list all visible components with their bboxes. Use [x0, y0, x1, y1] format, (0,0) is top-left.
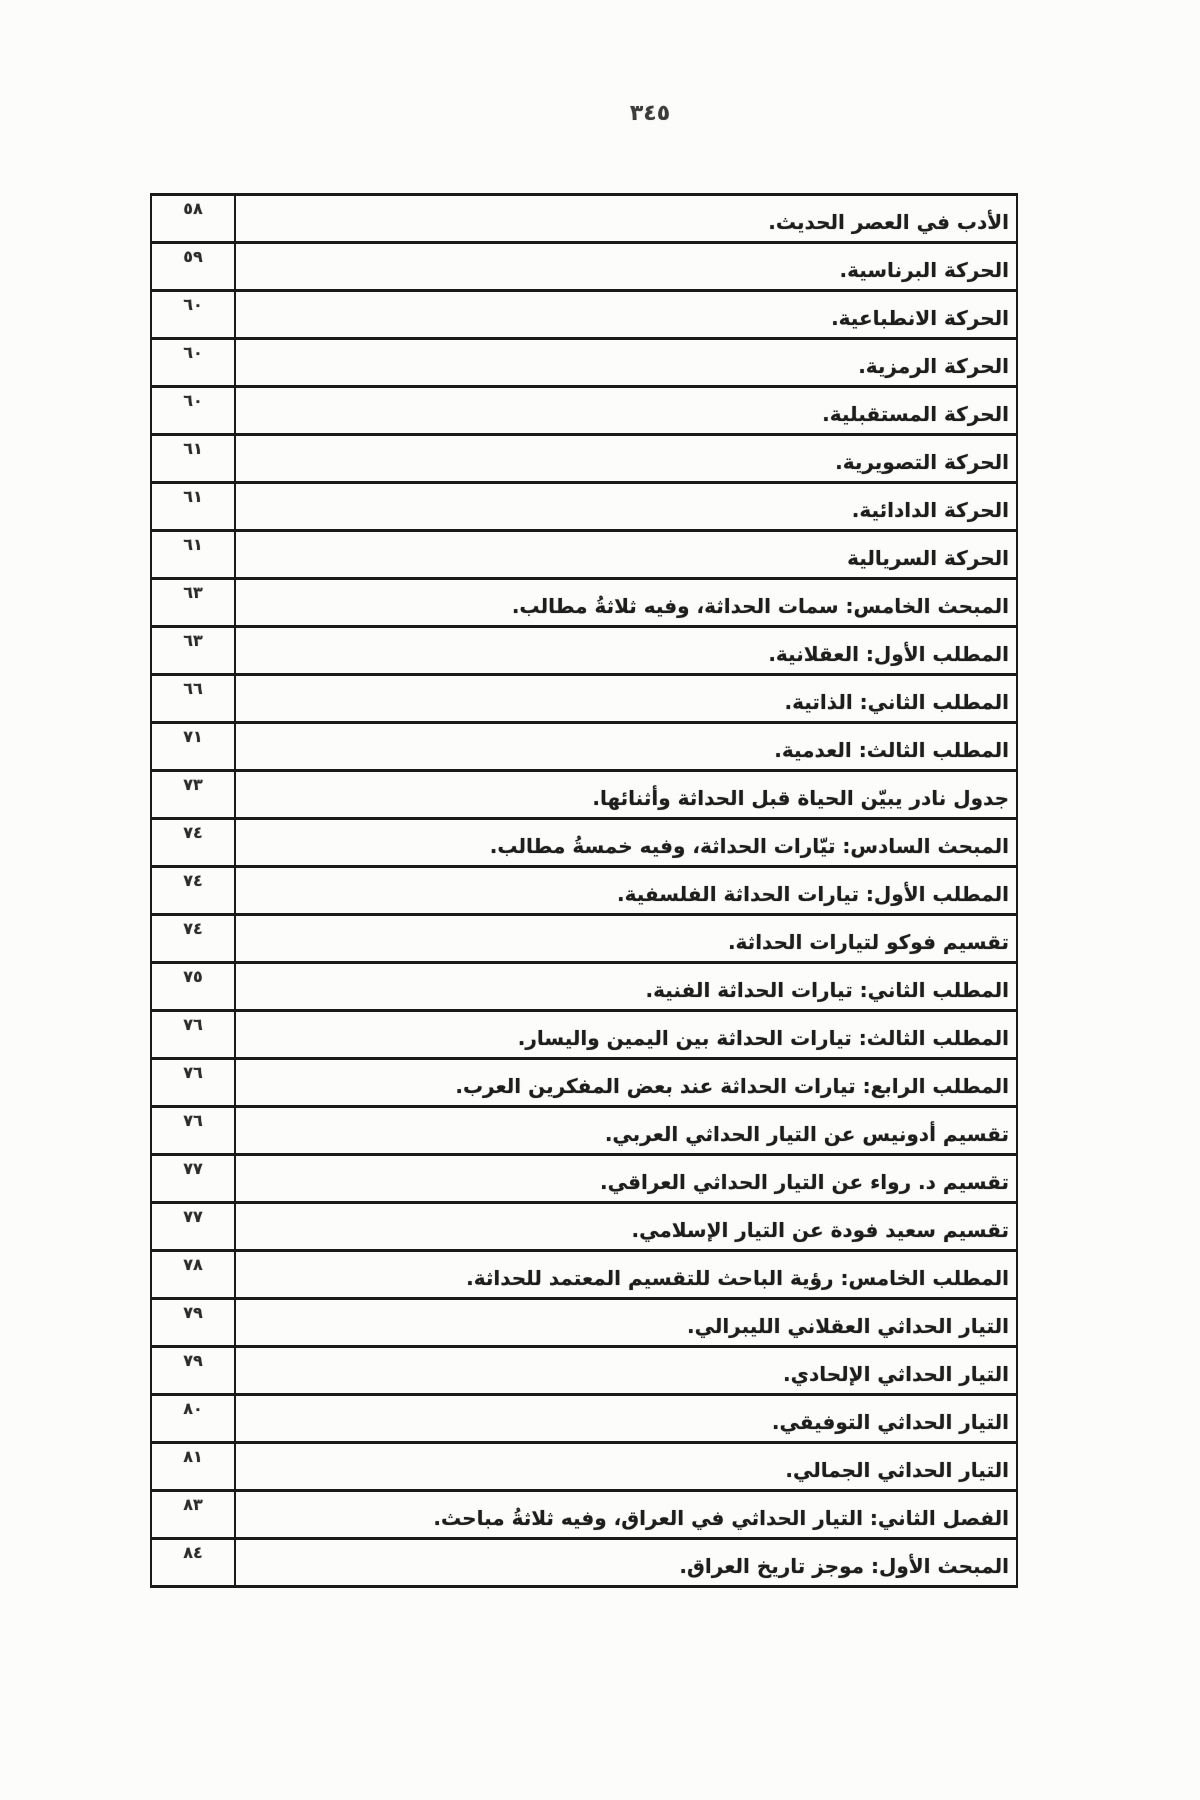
toc-entry-title: المطلب الثاني: الذاتية. [235, 675, 1017, 723]
toc-entry-title: المطلب الرابع: تيارات الحداثة عند بعض ال… [235, 1059, 1017, 1107]
table-row: تقسيم سعيد فودة عن التيار الإسلامي. ٧٧ [151, 1203, 1017, 1251]
toc-entry-page: ٦٠ [151, 339, 235, 387]
toc-entry-page: ٧٧ [151, 1155, 235, 1203]
table-row: المبحث الخامس: سمات الحداثة، وفيه ثلاثةُ… [151, 579, 1017, 627]
toc-entry-title: الأدب في العصر الحديث. [235, 195, 1017, 243]
toc-entry-page: ٧٤ [151, 867, 235, 915]
table-row: الفصل الثاني: التيار الحداثي في العراق، … [151, 1491, 1017, 1539]
table-row: المبحث الأول: موجز تاريخ العراق. ٨٤ [151, 1539, 1017, 1587]
toc-entry-page: ٧١ [151, 723, 235, 771]
toc-entry-title: الحركة الانطباعية. [235, 291, 1017, 339]
toc-entry-title: التيار الحداثي الجمالي. [235, 1443, 1017, 1491]
toc-entry-page: ٧٣ [151, 771, 235, 819]
table-row: المطلب الثالث: العدمية. ٧١ [151, 723, 1017, 771]
toc-entry-title: المبحث الخامس: سمات الحداثة، وفيه ثلاثةُ… [235, 579, 1017, 627]
table-row: التيار الحداثي التوفيقي. ٨٠ [151, 1395, 1017, 1443]
toc-entry-title: المطلب الأول: تيارات الحداثة الفلسفية. [235, 867, 1017, 915]
toc-entry-page: ٧٥ [151, 963, 235, 1011]
table-row: التيار الحداثي العقلاني الليبرالي. ٧٩ [151, 1299, 1017, 1347]
toc-entry-page: ٨٣ [151, 1491, 235, 1539]
toc-entry-page: ٦١ [151, 531, 235, 579]
toc-body: الأدب في العصر الحديث. ٥٨ الحركة البرناس… [151, 195, 1017, 1587]
document-page: ٣٤٥ الأدب في العصر الحديث. ٥٨ الحركة الب… [0, 0, 1200, 1800]
toc-entry-title: المطلب الخامس: رؤية الباحث للتقسيم المعت… [235, 1251, 1017, 1299]
toc-entry-page: ٦٣ [151, 579, 235, 627]
toc-entry-page: ٦١ [151, 483, 235, 531]
toc-entry-page: ٧٤ [151, 915, 235, 963]
table-row: الحركة السريالية ٦١ [151, 531, 1017, 579]
page-number: ٣٤٥ [588, 101, 712, 126]
table-row: تقسيم أدونيس عن التيار الحداثي العربي. ٧… [151, 1107, 1017, 1155]
toc-entry-title: الحركة التصويرية. [235, 435, 1017, 483]
table-row: الحركة الدادائية. ٦١ [151, 483, 1017, 531]
toc-entry-title: الحركة المستقبلية. [235, 387, 1017, 435]
table-row: المطلب الثاني: تيارات الحداثة الفنية. ٧٥ [151, 963, 1017, 1011]
table-row: الحركة التصويرية. ٦١ [151, 435, 1017, 483]
toc-entry-title: المطلب الثالث: تيارات الحداثة بين اليمين… [235, 1011, 1017, 1059]
table-row: المطلب الخامس: رؤية الباحث للتقسيم المعت… [151, 1251, 1017, 1299]
table-row: الحركة الانطباعية. ٦٠ [151, 291, 1017, 339]
toc-entry-page: ٧٧ [151, 1203, 235, 1251]
toc-entry-title: التيار الحداثي الإلحادي. [235, 1347, 1017, 1395]
table-row: التيار الحداثي الإلحادي. ٧٩ [151, 1347, 1017, 1395]
table-row: تقسيم د. رواء عن التيار الحداثي العراقي.… [151, 1155, 1017, 1203]
toc-entry-title: جدول نادر يبيّن الحياة قبل الحداثة وأثنا… [235, 771, 1017, 819]
toc-entry-page: ٧٦ [151, 1059, 235, 1107]
toc-entry-title: الحركة الدادائية. [235, 483, 1017, 531]
toc-entry-page: ٦٠ [151, 387, 235, 435]
table-row: المطلب الثالث: تيارات الحداثة بين اليمين… [151, 1011, 1017, 1059]
toc-entry-page: ٥٨ [151, 195, 235, 243]
toc-entry-page: ٥٩ [151, 243, 235, 291]
table-row: التيار الحداثي الجمالي. ٨١ [151, 1443, 1017, 1491]
toc-entry-page: ٧٩ [151, 1347, 235, 1395]
table-row: الحركة المستقبلية. ٦٠ [151, 387, 1017, 435]
table-row: جدول نادر يبيّن الحياة قبل الحداثة وأثنا… [151, 771, 1017, 819]
table-row: الأدب في العصر الحديث. ٥٨ [151, 195, 1017, 243]
toc-entry-page: ٦٣ [151, 627, 235, 675]
toc-entry-title: الحركة البرناسية. [235, 243, 1017, 291]
toc-entry-title: المبحث السادس: تيّارات الحداثة، وفيه خمس… [235, 819, 1017, 867]
table-row: الحركة البرناسية. ٥٩ [151, 243, 1017, 291]
toc-entry-title: المطلب الثاني: تيارات الحداثة الفنية. [235, 963, 1017, 1011]
toc-entry-page: ٧٤ [151, 819, 235, 867]
toc-entry-page: ٧٦ [151, 1107, 235, 1155]
toc-entry-title: الحركة السريالية [235, 531, 1017, 579]
toc-entry-title: تقسيم أدونيس عن التيار الحداثي العربي. [235, 1107, 1017, 1155]
toc-entry-title: التيار الحداثي التوفيقي. [235, 1395, 1017, 1443]
toc-table: الأدب في العصر الحديث. ٥٨ الحركة البرناس… [150, 193, 1018, 1588]
toc-entry-page: ٨٠ [151, 1395, 235, 1443]
toc-entry-page: ٦٠ [151, 291, 235, 339]
toc-entry-title: الفصل الثاني: التيار الحداثي في العراق، … [235, 1491, 1017, 1539]
toc-entry-title: المطلب الأول: العقلانية. [235, 627, 1017, 675]
toc-entry-page: ٦١ [151, 435, 235, 483]
toc-entry-page: ٨١ [151, 1443, 235, 1491]
toc-entry-title: تقسيم د. رواء عن التيار الحداثي العراقي. [235, 1155, 1017, 1203]
table-row: المطلب الأول: تيارات الحداثة الفلسفية. ٧… [151, 867, 1017, 915]
table-row: المطلب الرابع: تيارات الحداثة عند بعض ال… [151, 1059, 1017, 1107]
toc-entry-page: ٧٦ [151, 1011, 235, 1059]
toc-entry-page: ٧٨ [151, 1251, 235, 1299]
table-row: المطلب الأول: العقلانية. ٦٣ [151, 627, 1017, 675]
toc-entry-title: المبحث الأول: موجز تاريخ العراق. [235, 1539, 1017, 1587]
table-row: الحركة الرمزية. ٦٠ [151, 339, 1017, 387]
toc-entry-title: تقسيم سعيد فودة عن التيار الإسلامي. [235, 1203, 1017, 1251]
toc-entry-title: الحركة الرمزية. [235, 339, 1017, 387]
table-row: تقسيم فوكو لتيارات الحداثة. ٧٤ [151, 915, 1017, 963]
table-row: المطلب الثاني: الذاتية. ٦٦ [151, 675, 1017, 723]
table-row: المبحث السادس: تيّارات الحداثة، وفيه خمس… [151, 819, 1017, 867]
toc-entry-page: ٨٤ [151, 1539, 235, 1587]
toc-entry-page: ٧٩ [151, 1299, 235, 1347]
toc-entry-title: التيار الحداثي العقلاني الليبرالي. [235, 1299, 1017, 1347]
toc-entry-page: ٦٦ [151, 675, 235, 723]
toc-entry-title: تقسيم فوكو لتيارات الحداثة. [235, 915, 1017, 963]
toc-entry-title: المطلب الثالث: العدمية. [235, 723, 1017, 771]
